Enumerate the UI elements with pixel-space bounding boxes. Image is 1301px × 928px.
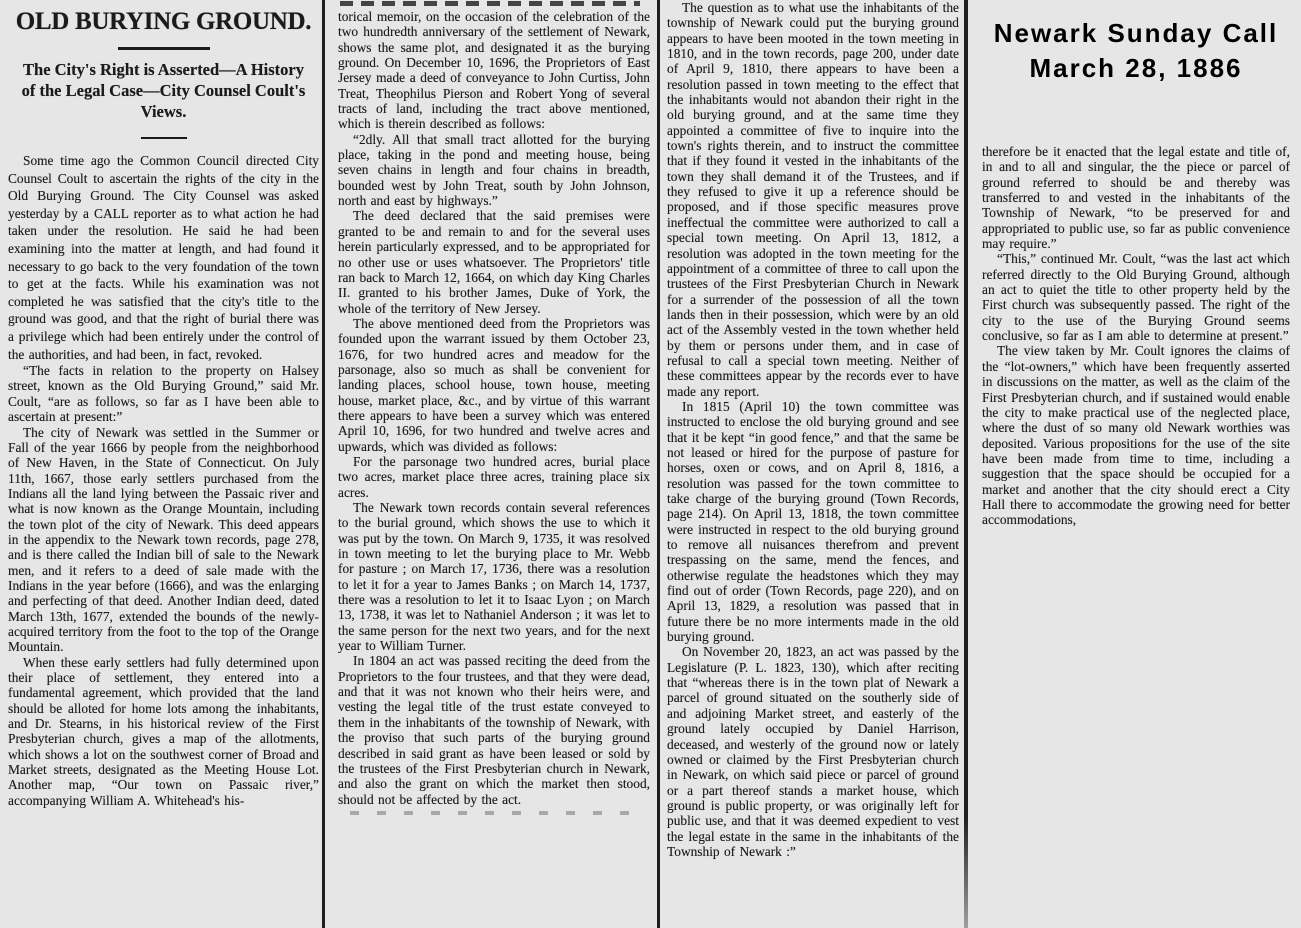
headline-divider-rule [118, 47, 210, 50]
source-citation-title: Newark Sunday Call [982, 16, 1290, 51]
article-paragraph: In 1815 (April 10) the town committee wa… [667, 399, 959, 645]
article-column-4: Newark Sunday Call March 28, 1886 theref… [982, 0, 1290, 928]
article-paragraph: “The facts in relation to the property o… [8, 363, 319, 424]
column-divider-rule [322, 0, 325, 928]
clipped-line-bottom [350, 811, 637, 815]
article-paragraph: In 1804 an act was passed reciting the d… [338, 653, 650, 806]
article-paragraph: For the parsonage two hundred acres, bur… [338, 454, 650, 500]
article-column-3: The question as to what use the inhabita… [667, 0, 959, 928]
article-column-2: torical memoir, on the occasion of the c… [338, 0, 650, 928]
column-divider-rule [657, 0, 660, 928]
newspaper-scan: OLD BURYING GROUND. The City's Right is … [0, 0, 1301, 928]
article-paragraph: The above mentioned deed from the Propri… [338, 316, 650, 454]
article-column-1: OLD BURYING GROUND. The City's Right is … [8, 0, 319, 928]
article-paragraph: The question as to what use the inhabita… [667, 0, 959, 399]
column-body: The question as to what use the inhabita… [667, 0, 959, 859]
article-paragraph: On November 20, 1823, an act was passed … [667, 644, 959, 859]
source-citation-label: Newark Sunday Call March 28, 1886 [982, 16, 1290, 86]
article-paragraph: The view taken by Mr. Coult ignores the … [982, 343, 1290, 527]
column-body: torical memoir, on the occasion of the c… [338, 9, 650, 807]
subheadline-divider-rule [141, 137, 187, 139]
column-body: Some time ago the Common Council directe… [8, 152, 319, 808]
column-body: therefore be it enacted that the legal e… [982, 144, 1290, 528]
article-paragraph: torical memoir, on the occasion of the c… [338, 9, 650, 132]
article-paragraph: When these early settlers had fully dete… [8, 655, 319, 808]
column-divider-rule [964, 0, 968, 928]
source-citation-date: March 28, 1886 [982, 51, 1290, 86]
article-paragraph: “2dly. All that small tract allotted for… [338, 132, 650, 209]
article-paragraph: Some time ago the Common Council directe… [8, 152, 319, 363]
article-paragraph: therefore be it enacted that the legal e… [982, 144, 1290, 251]
article-subheadline: The City's Right is Asserted—A History o… [8, 59, 319, 122]
clipped-line-top [340, 1, 640, 6]
article-paragraph: The city of Newark was settled in the Su… [8, 425, 319, 655]
article-paragraph: The deed declared that the said premises… [338, 208, 650, 315]
article-paragraph: The Newark town records contain several … [338, 500, 650, 653]
article-headline: OLD BURYING GROUND. [8, 8, 319, 36]
article-paragraph: “This,” continued Mr. Coult, “was the la… [982, 251, 1290, 343]
